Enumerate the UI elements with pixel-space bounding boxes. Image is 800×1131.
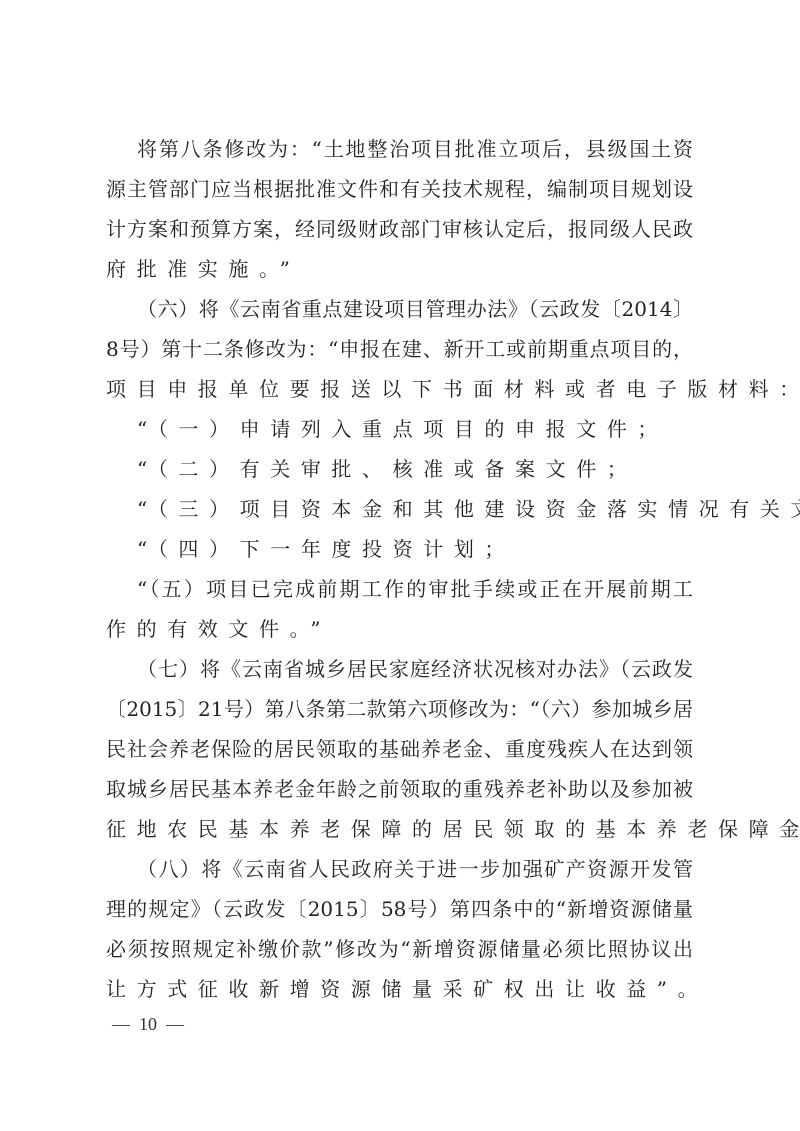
text-line: “（四）下一年度投资计划； — [137, 534, 693, 564]
text-line: 征地农民基本养老保障的居民领取的基本养老保障金。” — [106, 814, 693, 844]
text-line: （七）将《云南省城乡居民家庭经济状况核对办法》（云政发 — [137, 654, 693, 684]
text-line: 府批准实施。” — [106, 254, 693, 284]
text-line: 民社会养老保险的居民领取的基础养老金、重度残疾人在达到领 — [106, 734, 693, 764]
text-line: 〔2015〕21号）第八条第二款第六项修改为：“（六）参加城乡居 — [106, 694, 693, 724]
text-line: 必须按照规定补缴价款”修改为“新增资源储量必须比照协议出 — [106, 934, 693, 964]
text-line: 理的规定》（云政发〔2015〕58号）第四条中的“新增资源储量 — [106, 894, 693, 924]
document-page: 将第八条修改为：“土地整治项目批准立项后，县级国土资源主管部门应当根据批准文件和… — [0, 0, 800, 1131]
text-line: “（二）有关审批、核准或备案文件； — [137, 454, 693, 484]
text-line: “（三）项目资本金和其他建设资金落实情况有关文件； — [137, 494, 693, 524]
text-line: 作的有效文件。” — [106, 614, 693, 644]
text-line: “（一）申请列入重点项目的申报文件； — [137, 414, 693, 444]
text-line: 项目申报单位要报送以下书面材料或者电子版材料： — [106, 374, 693, 404]
text-line: 8号）第十二条修改为：“申报在建、新开工或前期重点项目的， — [106, 334, 693, 364]
text-line: 计方案和预算方案，经同级财政部门审核认定后，报同级人民政 — [106, 214, 693, 244]
text-line: 源主管部门应当根据批准文件和有关技术规程，编制项目规划设 — [106, 174, 693, 204]
text-line: （六）将《云南省重点建设项目管理办法》（云政发〔2014〕 — [137, 294, 693, 324]
text-line: “（五）项目已完成前期工作的审批手续或正在开展前期工 — [137, 574, 693, 604]
text-line: 取城乡居民基本养老金年龄之前领取的重残养老补助以及参加被 — [106, 774, 693, 804]
page-number: — 10 — — [112, 1012, 184, 1036]
text-line: （八）将《云南省人民政府关于进一步加强矿产资源开发管 — [137, 854, 693, 884]
text-line: 让方式征收新增资源储量采矿权出让收益”。 — [106, 974, 693, 1004]
text-line: 将第八条修改为：“土地整治项目批准立项后，县级国土资 — [137, 134, 693, 164]
